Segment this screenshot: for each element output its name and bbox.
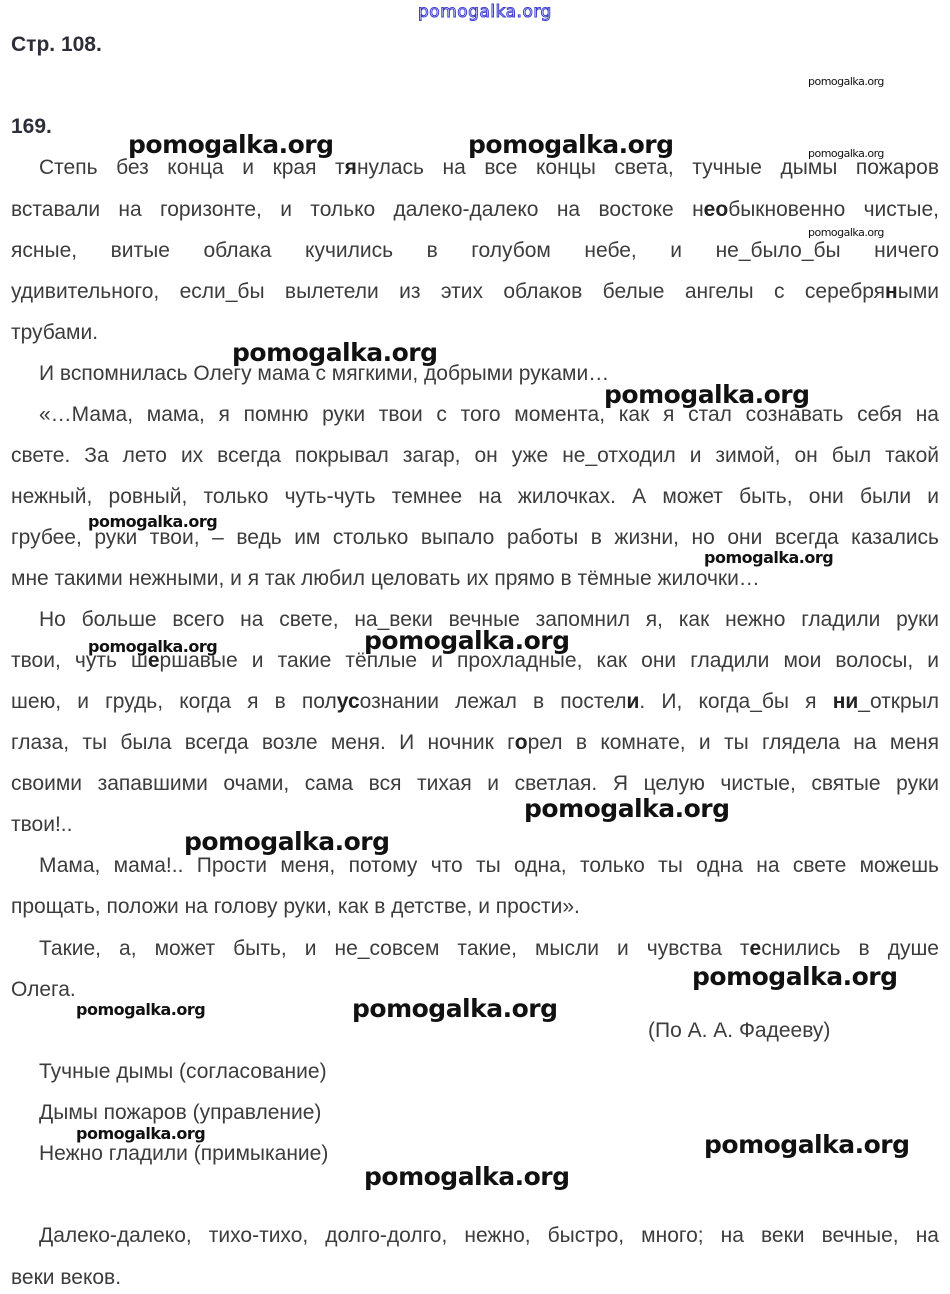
text-line: Мама, мама!.. Прости меня, потому что ты… bbox=[39, 854, 939, 878]
watermark: pomogalka.org bbox=[184, 827, 390, 856]
text-line: свете. За лето их всегда покрывал загар,… bbox=[11, 444, 939, 468]
text-line: Далеко-далеко, тихо-тихо, долго-долго, н… bbox=[39, 1224, 939, 1248]
watermark: pomogalka.org bbox=[808, 75, 884, 88]
text-line: трубами. bbox=[11, 321, 939, 345]
watermark: pomogalka.org bbox=[128, 130, 334, 159]
watermark: pomogalka.org bbox=[364, 626, 570, 655]
watermark: pomogalka.org bbox=[76, 1124, 205, 1143]
watermark: pomogalka.org bbox=[76, 1000, 205, 1019]
phrase-item: Дымы пожаров (управление) bbox=[39, 1101, 939, 1125]
watermark: pomogalka.org bbox=[232, 338, 438, 367]
text-line: мне такими нежными, и я так любил целова… bbox=[11, 567, 939, 591]
watermark: pomogalka.org bbox=[88, 637, 217, 656]
watermark: pomogalka.org bbox=[704, 548, 833, 567]
watermark: pomogalka.org bbox=[604, 380, 810, 409]
watermark: pomogalka.org bbox=[364, 1162, 570, 1191]
watermark: pomogalka.org bbox=[704, 1130, 910, 1159]
attribution: (По А. А. Фадееву) bbox=[648, 1019, 830, 1043]
text-line: нежный, ровный, только чуть-чуть темнее … bbox=[11, 485, 939, 509]
watermark: pomogalka.org bbox=[692, 962, 898, 991]
text-line: Степь без конца и края тянулась на все к… bbox=[39, 156, 939, 180]
watermark: pomogalka.org bbox=[88, 512, 217, 531]
watermark: pomogalka.org bbox=[468, 130, 674, 159]
text-line: глаза, ты была всегда возле меня. И ночн… bbox=[11, 731, 939, 755]
text-line: шею, и грудь, когда я в полусознании леж… bbox=[11, 690, 939, 714]
text-line: удивительного, если_бы вылетели из этих … bbox=[11, 280, 939, 304]
text-line: Такие, а, может быть, и не_совсем такие,… bbox=[39, 937, 939, 961]
text-line: твои!.. bbox=[11, 813, 939, 837]
page-label: Стр. 108. bbox=[11, 33, 102, 57]
watermark: pomogalka.org bbox=[808, 147, 884, 160]
watermark: pomogalka.org bbox=[808, 226, 884, 239]
watermark: pomogalka.org bbox=[352, 994, 558, 1023]
text-line: ясные, витые облака кучились в голубом н… bbox=[11, 239, 939, 263]
text-line: прощать, положи на голову руки, как в де… bbox=[11, 895, 939, 919]
site-logo[interactable]: pomogalka.org bbox=[418, 2, 552, 22]
exercise-number: 169. bbox=[11, 115, 52, 139]
text-line: вставали на горизонте, и только далеко-д… bbox=[11, 198, 939, 222]
watermark: pomogalka.org bbox=[524, 794, 730, 823]
text-line: веки веков. bbox=[11, 1266, 939, 1290]
phrase-item: Тучные дымы (согласование) bbox=[39, 1060, 939, 1084]
text-line: своими запавшими очами, сама вся тихая и… bbox=[11, 772, 939, 796]
